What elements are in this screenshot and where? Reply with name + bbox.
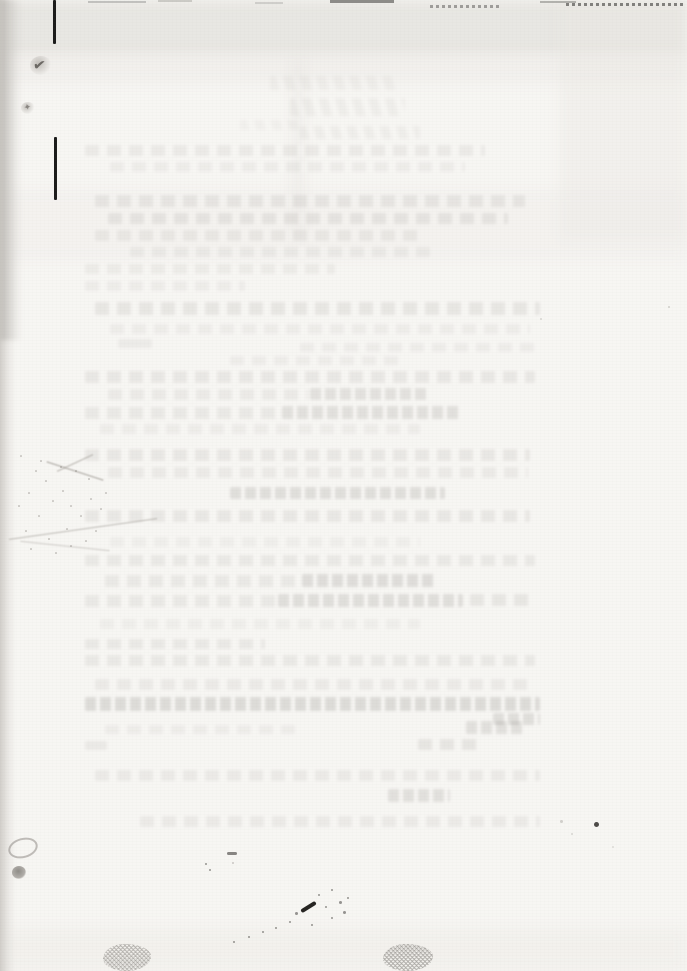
top-edge-dash [430, 5, 502, 8]
crease-speckle [105, 492, 107, 494]
top-edge-dash [566, 3, 684, 6]
ghost-text-line [230, 487, 445, 499]
crease-speckle [20, 455, 22, 457]
ink-speck-dark [594, 822, 599, 827]
ghost-text-line [470, 594, 535, 606]
pen-speck [209, 869, 211, 871]
crease-speckle [88, 478, 90, 480]
ghost-text-line [282, 406, 460, 419]
ghost-text-line [240, 120, 300, 130]
pen-speck [233, 941, 235, 943]
ghost-text-line [95, 195, 525, 207]
ghost-text-line [85, 741, 107, 750]
ghost-text-line [85, 595, 275, 607]
crease-speckle [95, 530, 97, 532]
ghost-text-line [95, 679, 530, 690]
stray-speck [668, 306, 670, 308]
ghost-text-line [100, 619, 420, 629]
crease-speckle [60, 466, 62, 468]
crease-speckle [70, 545, 72, 547]
ghost-text-line [108, 389, 308, 400]
crease-speckle [40, 460, 42, 462]
pen-speck [325, 906, 327, 908]
ghost-text-line [418, 739, 480, 750]
crease-speckle [55, 552, 57, 554]
registration-line-top [53, 0, 56, 44]
stray-speck [612, 846, 614, 848]
scan-left-edge-shadow-top [0, 0, 22, 340]
crease-speckle [30, 548, 32, 550]
top-edge-dash [88, 1, 146, 3]
top-edge-dash [255, 2, 283, 4]
crease-speckle [62, 490, 64, 492]
pen-speck [295, 912, 298, 915]
ghost-text-line [85, 655, 535, 666]
ghost-text-line [140, 816, 540, 827]
pen-dash-mark [300, 901, 317, 913]
ghost-text-line [100, 424, 420, 434]
crease-speckle [45, 480, 47, 482]
crease-speckle [75, 470, 77, 472]
registration-line-bottom [54, 137, 57, 200]
crease-speckle [66, 528, 68, 530]
ghost-text-line [302, 574, 437, 587]
ghost-text-line [105, 575, 300, 587]
ghost-text-line [110, 162, 465, 172]
crease-speckle [52, 500, 54, 502]
pen-speck [318, 894, 320, 896]
punch-dot-mark [12, 866, 26, 879]
ghost-text-line [108, 213, 508, 224]
ghost-text-line [95, 770, 540, 781]
crease-speckle [28, 492, 30, 494]
pen-speck [262, 931, 264, 933]
top-edge-dash [330, 0, 394, 3]
ghost-text-line [290, 98, 405, 116]
stray-speck [560, 820, 563, 823]
crease-speckle [18, 505, 20, 507]
ghost-text-line [300, 126, 420, 139]
pen-speck [289, 921, 291, 923]
pen-speck [339, 901, 342, 904]
stray-speck [571, 833, 573, 835]
ghost-text-line [110, 537, 420, 547]
ghost-text-line [466, 721, 524, 734]
crease-speckle [70, 505, 72, 507]
ghost-text-line [270, 76, 395, 90]
ghost-text-line [95, 230, 425, 241]
ghost-text-line [110, 324, 530, 334]
pen-speck [275, 927, 277, 929]
stray-speck [540, 318, 542, 320]
ghost-text-line [85, 639, 265, 649]
pen-speck [343, 911, 346, 914]
pen-speck [331, 889, 333, 891]
ghost-text-line [108, 467, 528, 478]
punch-mark-lower: ✦ [23, 103, 32, 113]
paper-tone-band [0, 928, 687, 971]
ghost-text-line [85, 449, 530, 461]
crease-speckle [85, 540, 87, 542]
crease-speckle [38, 515, 40, 517]
crease-speckle [80, 515, 82, 517]
ghost-text-line [85, 697, 540, 711]
stray-speck [232, 862, 234, 864]
top-edge-dash [158, 0, 192, 2]
ghost-text-line [118, 339, 152, 348]
ghost-text-line [130, 247, 430, 257]
punch-mark-upper: ✔ [32, 57, 47, 74]
crease-hairline [20, 540, 110, 551]
bottom-dash-mark [227, 852, 237, 855]
ghost-text-line [85, 555, 535, 566]
ghost-text-line [95, 302, 540, 315]
ghost-text-line [85, 281, 245, 291]
crease-speckle [48, 538, 50, 540]
crease-speckle [25, 530, 27, 532]
crease-speckle [35, 470, 37, 472]
ghost-text-line [230, 356, 400, 365]
ghost-text-line [85, 145, 485, 156]
scanned-document-page: ✔✦ [0, 0, 687, 971]
pen-speck [205, 863, 207, 865]
ghost-text-line [300, 343, 540, 352]
pen-speck [248, 936, 250, 938]
ghost-text-line [85, 407, 280, 419]
crease-speckle [100, 508, 102, 510]
ghost-text-line [85, 264, 335, 274]
ghost-text-line [278, 594, 463, 607]
pen-speck [331, 917, 333, 919]
pen-speck [311, 924, 313, 926]
crease-speckle [90, 498, 92, 500]
ghost-text-line [310, 388, 430, 400]
ghost-text-line [105, 725, 295, 734]
pen-speck [347, 897, 349, 899]
ghost-text-line [85, 371, 535, 383]
ghost-text-line [388, 789, 450, 802]
